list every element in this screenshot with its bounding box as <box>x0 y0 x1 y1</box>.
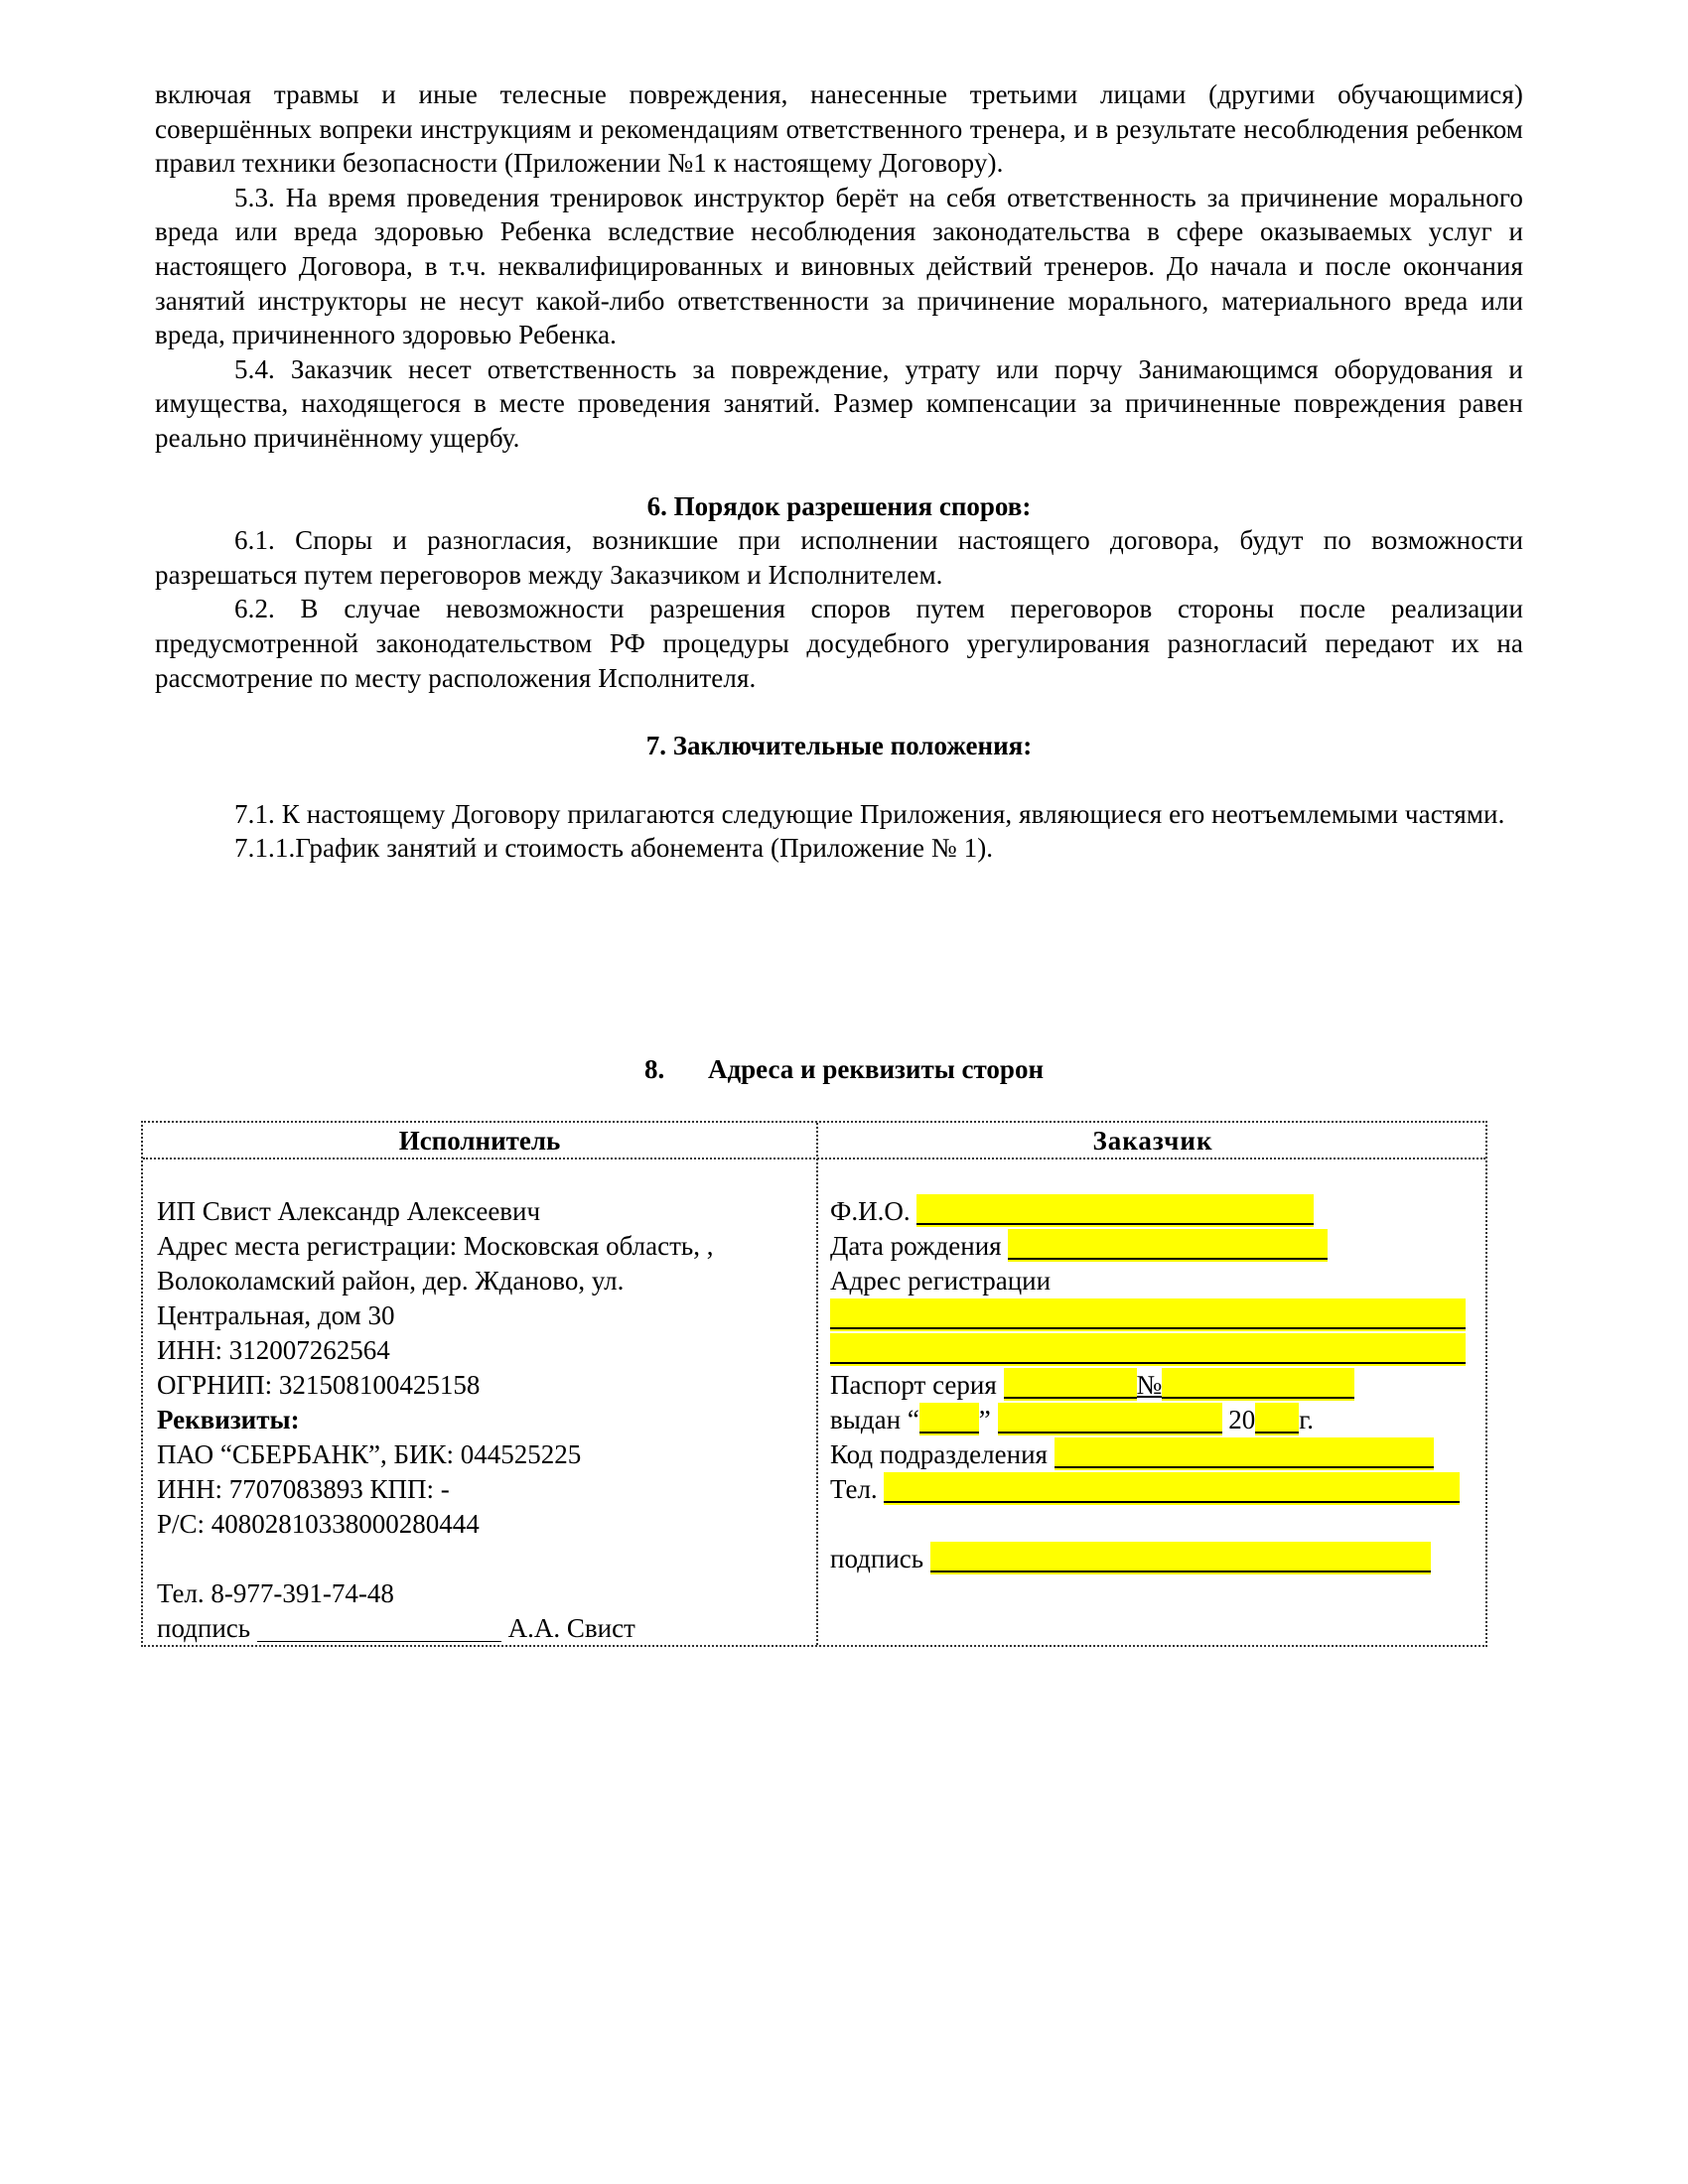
customer-phone-label: Тел. <box>830 1474 878 1504</box>
customer-signature-field[interactable] <box>930 1542 1431 1574</box>
executor-details: ИП Свист Александр Алексеевич Адрес мест… <box>157 1194 802 1646</box>
customer-passport-number-field[interactable] <box>1162 1368 1354 1401</box>
customer-issued-label: выдан <box>830 1405 901 1434</box>
clause-5-3: 5.3. На время проведения тренировок инст… <box>155 181 1523 352</box>
executor-signature-label: подпись <box>157 1613 250 1643</box>
section-8-number: 8. <box>644 1052 708 1087</box>
customer-passport-no-sign: № <box>1137 1370 1163 1400</box>
header-divider <box>143 1158 1485 1160</box>
customer-address-row-2 <box>830 1333 1476 1368</box>
executor-inn: ИНН: 312007262564 <box>157 1333 802 1368</box>
executor-address-1: Адрес места регистрации: Московская обла… <box>157 1229 802 1264</box>
customer-phone-field[interactable] <box>884 1472 1460 1505</box>
customer-year-prefix: 20 <box>1228 1405 1255 1434</box>
customer-birth-label: Дата рождения <box>830 1231 1002 1261</box>
section-8-title-text: Адреса и реквизиты сторон <box>708 1054 1044 1084</box>
customer-passport-series-field[interactable] <box>1004 1368 1137 1401</box>
customer-passport-row: Паспорт серия № <box>830 1368 1476 1403</box>
section-7-title: 7. Заключительные положения: <box>155 729 1523 763</box>
customer-fio-row: Ф.И.О. <box>830 1194 1476 1229</box>
customer-address-row-1 <box>830 1298 1476 1333</box>
quote-close: ” <box>979 1405 991 1434</box>
customer-fio-label: Ф.И.О. <box>830 1196 911 1226</box>
customer-signature-label: подпись <box>830 1544 923 1573</box>
customer-dept-code-label: Код подразделения <box>830 1439 1048 1469</box>
clause-6-1: 6.1. Споры и разногласия, возникшие при … <box>155 523 1523 592</box>
customer-address-field-2[interactable] <box>830 1333 1466 1366</box>
executor-address-2: Волоколамский район, дер. Жданово, ул. <box>157 1264 802 1298</box>
section-8-title: 8.Адреса и реквизиты сторон <box>0 1052 1688 1087</box>
clause-7-1-1: 7.1.1.График занятий и стоимость абонеме… <box>155 831 1523 866</box>
executor-address-3: Центральная, дом 30 <box>157 1298 802 1333</box>
executor-signature-line[interactable] <box>257 1611 501 1644</box>
executor-bank: ПАО “СБЕРБАНК”, БИК: 044525225 <box>157 1437 802 1472</box>
document-body: включая травмы и иные телесные поврежден… <box>155 77 1523 866</box>
executor-ogrnip: ОГРНИП: 321508100425158 <box>157 1368 802 1403</box>
column-divider <box>816 1123 818 1645</box>
customer-phone-row: Тел. <box>830 1472 1476 1507</box>
customer-dept-code-row: Код подразделения <box>830 1437 1476 1472</box>
customer-header: Заказчик <box>818 1123 1487 1158</box>
executor-signature-row: подпись А.А. Свист <box>157 1611 802 1646</box>
customer-signature-row: подпись <box>830 1542 1476 1576</box>
clause-6-2: 6.2. В случае невозможности разрешения с… <box>155 592 1523 695</box>
customer-fio-field[interactable] <box>916 1194 1314 1227</box>
executor-phone: Тел. 8-977-391-74-48 <box>157 1576 802 1611</box>
customer-passport-label: Паспорт серия <box>830 1370 997 1400</box>
clause-5-4: 5.4. Заказчик несет ответственность за п… <box>155 352 1523 456</box>
clause-7-1: 7.1. К настоящему Договору прилагаются с… <box>155 797 1523 832</box>
customer-details: Ф.И.О. Дата рождения Адрес регистрации П… <box>830 1194 1476 1576</box>
executor-header: Исполнитель <box>143 1123 816 1158</box>
executor-account: Р/С: 40802810338000280444 <box>157 1507 802 1542</box>
customer-issued-year-field[interactable] <box>1255 1403 1299 1435</box>
quote-open: “ <box>908 1405 919 1434</box>
executor-signature-name: А.А. Свист <box>508 1613 635 1643</box>
clause-5-2-continuation: включая травмы и иные телесные поврежден… <box>155 77 1523 181</box>
section-6-title: 6. Порядок разрешения споров: <box>155 489 1523 524</box>
customer-issued-row: выдан “” 20г. <box>830 1403 1476 1437</box>
customer-dept-code-field[interactable] <box>1055 1437 1434 1470</box>
customer-birth-row: Дата рождения <box>830 1229 1476 1264</box>
executor-bank-inn: ИНН: 7707083893 КПП: - <box>157 1472 802 1507</box>
executor-requisites-label: Реквизиты: <box>157 1403 802 1437</box>
customer-issued-day-field[interactable] <box>919 1403 979 1435</box>
customer-birth-field[interactable] <box>1008 1229 1328 1262</box>
customer-issued-month-field[interactable] <box>998 1403 1222 1435</box>
customer-address-field-1[interactable] <box>830 1298 1466 1331</box>
executor-name: ИП Свист Александр Алексеевич <box>157 1194 802 1229</box>
customer-year-suffix: г. <box>1299 1405 1314 1434</box>
parties-requisites-table: Исполнитель Заказчик ИП Свист Александр … <box>141 1121 1487 1647</box>
customer-address-label: Адрес регистрации <box>830 1264 1476 1298</box>
